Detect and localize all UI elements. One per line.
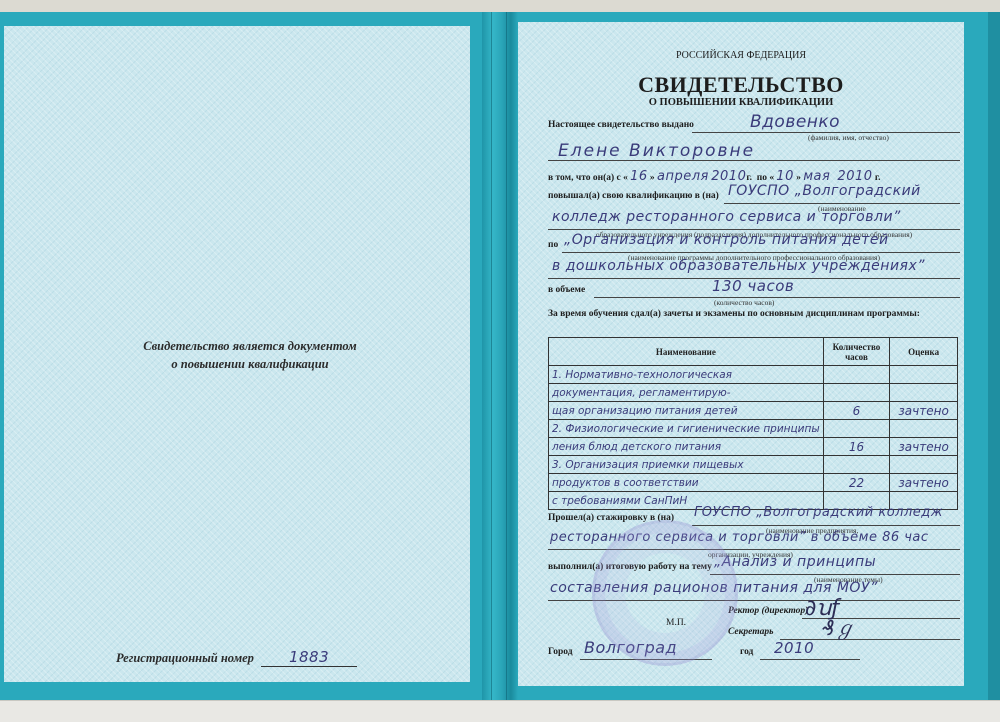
day-to: 10 bbox=[774, 169, 796, 184]
rector-row: Ректор (директор) bbox=[728, 606, 808, 616]
rector-label: Ректор (директор) bbox=[728, 606, 808, 616]
table-row: 1. Нормативно-технологическая bbox=[549, 366, 958, 384]
period-to-label: по « bbox=[757, 173, 774, 183]
period-row: в том, что он(а) с «16» апреля 2010г. по… bbox=[548, 169, 958, 184]
table-row: 3. Организация приемки пищевых bbox=[549, 456, 958, 474]
discipline-name: 2. Физиологические и гигиенические принц… bbox=[549, 420, 824, 438]
discipline-name: продуктов в соответствии bbox=[549, 474, 824, 492]
month-from: апреля bbox=[657, 169, 709, 184]
discipline-name: документация, регламентирую- bbox=[549, 384, 824, 402]
note-line-1: Свидетельство является документом bbox=[100, 337, 400, 355]
certificate-subtitle: О ПОВЫШЕНИИ КВАЛИФИКАЦИИ bbox=[518, 97, 964, 108]
secretary-row: Секретарь bbox=[728, 627, 774, 637]
year-suffix: г. bbox=[875, 173, 881, 183]
secretary-label: Секретарь bbox=[728, 627, 774, 637]
discipline-name: щая организацию питания детей bbox=[549, 402, 824, 420]
given-names: Елене Викторовне bbox=[558, 141, 755, 161]
year-value: 2010 bbox=[774, 639, 814, 657]
scan-background-bottom bbox=[0, 700, 1000, 722]
cover-edge bbox=[988, 12, 1000, 700]
year-to: 2010 bbox=[837, 169, 872, 184]
year-label: год bbox=[740, 647, 753, 657]
country-heading: РОССИЙСКАЯ ФЕДЕРАЦИЯ bbox=[518, 50, 964, 61]
table-row: ления блюд детского питания16зачтено bbox=[549, 438, 958, 456]
note-line-2: о повышении квалификации bbox=[100, 355, 400, 373]
discipline-name: 3. Организация приемки пищевых bbox=[549, 456, 824, 474]
discipline-hours: 6 bbox=[823, 402, 890, 420]
discipline-grade: зачтено bbox=[890, 438, 958, 456]
issued-label: Настоящее свидетельство выдано bbox=[548, 120, 694, 130]
day-from: 16 bbox=[628, 169, 650, 184]
program-line-1: „Организация и контроль питания детей bbox=[564, 232, 889, 248]
underline bbox=[760, 659, 860, 660]
right-page: РОССИЙСКАЯ ФЕДЕРАЦИЯ СВИДЕТЕЛЬСТВО О ПОВ… bbox=[518, 22, 964, 686]
volume-label: в объеме bbox=[548, 285, 585, 295]
certificate-title: СВИДЕТЕЛЬСТВО bbox=[518, 72, 964, 98]
spine-fold bbox=[491, 12, 492, 700]
discipline-grade: зачтено bbox=[890, 402, 958, 420]
year-row: год bbox=[740, 647, 753, 657]
exams-text: За время обучения сдал(а) зачеты и экзам… bbox=[548, 309, 958, 320]
qualified-label: повышал(а) свою квалификацию в (на) bbox=[548, 191, 719, 201]
internship-line-2: ресторанного сервиса и торговли” в объем… bbox=[550, 530, 929, 545]
left-page-note: Свидетельство является документом о повы… bbox=[100, 337, 400, 373]
spine-fold bbox=[506, 12, 507, 700]
institution-line-1: ГОУСПО „Волгоградский bbox=[728, 183, 921, 199]
discipline-name: 1. Нормативно-технологическая bbox=[549, 366, 824, 384]
registration-label: Регистрационный номер bbox=[116, 651, 254, 665]
header-grade: Оценка bbox=[890, 338, 958, 366]
discipline-grade bbox=[890, 384, 958, 402]
year-from: 2010 bbox=[711, 169, 746, 184]
discipline-hours: 22 bbox=[823, 474, 890, 492]
city-row: Город bbox=[548, 647, 573, 657]
discipline-hours bbox=[823, 384, 890, 402]
table-row: продуктов в соответствии22зачтено bbox=[549, 474, 958, 492]
internship-line-1: ГОУСПО „Волгоградский колледж bbox=[694, 505, 943, 520]
final-work-line-1: „Анализ и принципы bbox=[714, 554, 876, 570]
scan-background-top bbox=[0, 0, 1000, 12]
discipline-hours bbox=[823, 456, 890, 474]
registration-number-row: Регистрационный номер 1883 bbox=[116, 648, 357, 667]
year-suffix: г. bbox=[746, 173, 752, 183]
discipline-grade bbox=[890, 420, 958, 438]
discipline-grade bbox=[890, 456, 958, 474]
registration-number: 1883 bbox=[261, 648, 357, 667]
institution-line-2: колледж ресторанного сервиса и торговли” bbox=[552, 209, 901, 225]
volume-hint: (количество часов) bbox=[714, 298, 774, 307]
discipline-hours bbox=[823, 366, 890, 384]
program-line-2: в дошкольных образовательных учреждениях… bbox=[552, 258, 925, 274]
fio-hint: (фамилия, имя, отчество) bbox=[808, 133, 889, 142]
header-hours: Количество часов bbox=[823, 338, 890, 366]
surname: Вдовенко bbox=[750, 112, 840, 132]
discipline-hours: 16 bbox=[823, 438, 890, 456]
grades-table: Наименование Количество часов Оценка 1. … bbox=[548, 337, 958, 510]
discipline-name: ления блюд детского питания bbox=[549, 438, 824, 456]
secretary-signature: ₰ℊ bbox=[822, 612, 855, 641]
header-name: Наименование bbox=[549, 338, 824, 366]
discipline-grade: зачтено bbox=[890, 474, 958, 492]
month-to: мая bbox=[803, 169, 830, 184]
table-header-row: Наименование Количество часов Оценка bbox=[549, 338, 958, 366]
cover-spine bbox=[482, 12, 518, 700]
table-row: документация, регламентирую- bbox=[549, 384, 958, 402]
official-seal bbox=[592, 520, 738, 666]
discipline-grade bbox=[890, 366, 958, 384]
program-label: по bbox=[548, 240, 558, 250]
table-row: щая организацию питания детей6зачтено bbox=[549, 402, 958, 420]
table-row: 2. Физиологические и гигиенические принц… bbox=[549, 420, 958, 438]
city-label: Город bbox=[548, 647, 573, 657]
underline bbox=[594, 297, 960, 298]
period-start-label: в том, что он(а) с « bbox=[548, 173, 628, 183]
volume-value: 130 часов bbox=[712, 277, 794, 295]
discipline-hours bbox=[823, 420, 890, 438]
